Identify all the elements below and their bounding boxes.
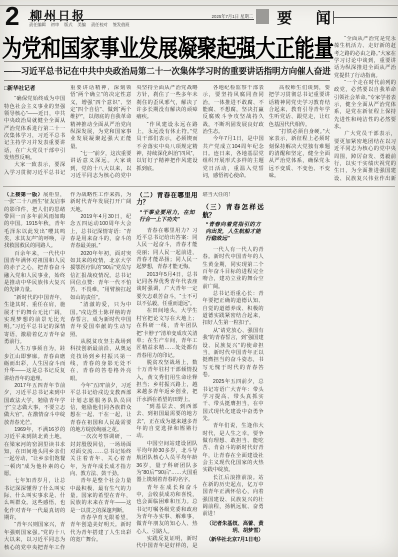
staff-item: 责任校对 xyxy=(91,22,108,28)
lead-subtitle: ——习近平总书记在中共中央政治局第二十一次集体学习时的重要讲话指明方向催人奋进 xyxy=(4,65,330,77)
body-paragraph: 青年们说，生逢伟大时代，是人生之幸。要争做有理想、敢担当、能吃苦、肯奋斗的新时代… xyxy=(202,423,263,474)
staff-item: 美编 xyxy=(78,22,86,28)
subtitle-rule-top xyxy=(4,61,330,62)
body-paragraph: 青春孕育无限希望，青年创造美好明天。新时代为青年搭建了人生出彩的宽广舞台。 xyxy=(70,515,131,544)
subtitle-rule-bottom xyxy=(4,80,330,81)
body-paragraph: 2019年4月30日，纪念五四运动100周年大会上，总书记深情寄语：“青春是用来… xyxy=(70,214,131,251)
body-paragraph: “作风建设永远在路上，永远没有休止符。”党员干部们表示，必须锲而不舍落实中央八项… xyxy=(136,122,197,173)
body-paragraph: 从“请党放心、强国有我”的青春誓言，到“强国建设、民族复兴”的使命担当，新时代中… xyxy=(202,328,263,379)
continued-article-columns: （上接第一版）展柜里，一张“二十八画生”征友启事的影印件，把人们的思绪带回一百多… xyxy=(4,192,396,553)
pull-quote: “青春向着党指引的方向出发，人生航船才能行稳致远” xyxy=(205,222,260,243)
body-paragraph: 在田间地头，大学生村官把论文写在大地上；在科研一线，青年团队把“卡脖子”清单变成… xyxy=(136,308,197,359)
body-paragraph: 1969年，不满16岁的习近平来到陕北黄土地，在梁家河的窑洞里读书求知，在田间地… xyxy=(4,427,65,478)
body-paragraph: 青年是整个社会力量中最积极、最有生气的力量。国家的希望在青年，民族的未来在青年—… xyxy=(70,478,131,515)
page-number: 2 xyxy=(5,3,19,29)
body-paragraph: 总书记语重心长：青年要把正确的道德认知、自觉的道德养成、积极的道德实践紧密结合起… xyxy=(202,291,263,328)
section-label: 要 闻 xyxy=(277,7,341,28)
body-paragraph: 2017年五四青年节前夕，习近平总书记来到中国政法大学，勉励青年学子“立志做大事… xyxy=(4,383,65,427)
body-paragraph: “到基层去、到西部去、到祖国最需要的地方去”，正在成为越来越多青年的自觉选择和铿… xyxy=(136,404,197,441)
staff-row: 责任编辑 初审 版式 美编 责任校对 签发值班 xyxy=(29,22,129,28)
body-paragraph: “确保党始终成为中国特色社会主义事业的坚强领导核心”——近日，中共中央政治局就健… xyxy=(4,96,65,162)
body-paragraph: “一个走在时代前列的政党，必然要以自我革命引领社会革命。”专家学者表示，健全全面… xyxy=(334,80,396,131)
staff-item: 初审 xyxy=(51,22,59,28)
body-paragraph: （上接第一版）展柜里，一张“二十八画生”征友启事的影印件，把人们的思绪带回一百多… xyxy=(4,192,65,251)
body-paragraph: 2013年5月4日，总书记同各界优秀青年代表座谈时强调，广大青年一定要矢志艰苦奋… xyxy=(136,272,197,309)
body-paragraph: 中国空间站建设团队平均年龄30多岁，北斗导航团队核心人员平均年龄36岁，量子科研… xyxy=(136,441,197,485)
body-paragraph: 百余年来，一代代中国青年满怀对祖国和人民的赤子之心，把青春奋斗融入党和人民事业，… xyxy=(4,251,65,295)
body-paragraph: 高校师生们谈到，要把学习贯彻总书记重要讲话精神同党史学习教育结合起来，教育引导青… xyxy=(269,85,330,129)
body-paragraph: 广大党员干部表示，要更加紧密地团结在以习近平同志为核心的党中央周围，踔厉奋发、勇… xyxy=(334,131,396,182)
body-paragraph: “新时代的中国青年，生逢其时、重任在肩，施展才干的舞台无比广阔，实现梦想的前景无… xyxy=(4,295,65,346)
section-subhead: （二）青春在哪里用力？ xyxy=(136,192,197,207)
body-paragraph: “全面从严治党是党永葆生机活力、走好新的赶考之路的必由之路。”大家在学习讨论中谈… xyxy=(334,36,396,80)
pull-quote: “干事业要用力，在知行合一上下功夫” xyxy=(139,210,194,224)
issue-date: 2025年7月1日 星期二 xyxy=(148,14,253,20)
newspaper-page: 2 柳州日报 责任编辑 初审 版式 美编 责任校对 签发值班 2025年7月1日… xyxy=(0,0,398,557)
body-paragraph: 七年知青岁月，让总书记深深懂得了什么叫实际、什么叫实事求是、什么叫群众。这些感悟… xyxy=(4,478,65,522)
byline: □新华社记者 xyxy=(4,86,65,93)
body-paragraph: 青春在哪里用力？习近平总书记给出答案：同人民一起奋斗，青春才能亮丽；同人民一起前… xyxy=(136,228,197,272)
body-paragraph: 2020年年初，面对突如其来的疫情，北京大学援鄂医疗队的“90后”党员写信汇报战… xyxy=(70,251,131,302)
body-paragraph: 人生万事须自为，跬步江山即寥廓。青春由磨砺而出彩，人生因奋斗而升华——这是总书记… xyxy=(4,346,65,383)
section-rule xyxy=(333,17,397,18)
body-paragraph: 一代人有一代人的青春。新时代中国青年的人生黄金期，同实现第二个百年奋斗目标的进程… xyxy=(202,247,263,291)
lead-article-columns: □新华社记者“确保党始终成为中国特色社会主义事业的坚强领导核心”——近日，中共中… xyxy=(4,85,330,182)
body-paragraph: 长江后浪推前浪。站在新的历史起点，亿万中国青年正满怀信心，向着强国建设、民族复兴… xyxy=(202,475,263,519)
article-divider xyxy=(3,186,395,187)
section-subhead: （三）青春怎样远航？ xyxy=(202,204,263,219)
top-rule xyxy=(0,5,398,6)
body-paragraph: 脱贫攻坚战场上，数十万青年驻村干部倾情投入，黄文秀们用生命诠释担当；乡村振兴路上… xyxy=(136,360,197,404)
lead-article-last-column: “全面从严治党是党永葆生机活力、走好新的赶考之路的必由之路。”大家在学习讨论中谈… xyxy=(334,36,396,182)
section-marker-block xyxy=(256,9,269,24)
body-paragraph: “打铁必须自身硬。”大家表示，新征程上必须时刻保持解决大党独有难题的清醒和坚定，… xyxy=(269,129,330,180)
body-paragraph: 一次次考察调研，一封封殷殷回信，一场场面对面交流……总书记始终关注着青年、关心着… xyxy=(70,434,131,478)
body-paragraph: 2025年五四前夕，总书记寄语广大青年：带头学习提高、带头真抓实干、带头挺膺担当… xyxy=(202,379,263,423)
dateline: （新华社北京7月1日电） xyxy=(202,537,263,544)
staff-item: 责任编辑 xyxy=(29,22,46,28)
lead-headline: 为党和国家事业发展凝聚起强大正能量 xyxy=(2,29,332,64)
body-paragraph: “清澈的爱，只为中国。”戍边烈士陈祥榕的青春誓言，成为新时代中国青年爱国奉献的生… xyxy=(70,302,131,339)
body-paragraph: 各地纪检监察干部表示，要坚持风腐同查同治，一体推进不敢腐、不能腐、不想腐，坚决打… xyxy=(203,85,264,136)
body-paragraph: 从脱贫攻坚主战场到科技创新最前沿，从奥运竞技场到乡村振兴第一线，青春的身影无处不… xyxy=(70,339,131,383)
body-paragraph: 青年在成长和奋斗中，会收获成功和喜悦，也会面临困难和压力。总书记叮嘱各级党委和政… xyxy=(136,485,197,536)
staff-item: 签发值班 xyxy=(113,22,130,28)
staff-item: 版式 xyxy=(64,22,72,28)
body-paragraph: 今年“五四”前夕，习近平总书记给戍边支教西部计划志愿服务队队员回信，勉励他们同各… xyxy=(70,383,131,434)
body-paragraph: 今年7月1日，是中国共产党成立104周年纪念日。连日来，各地基层党组织开展形式多… xyxy=(203,136,264,180)
dateline: （记者朱基钗、高蕾、黄玥、胡梦雪） xyxy=(202,521,263,536)
